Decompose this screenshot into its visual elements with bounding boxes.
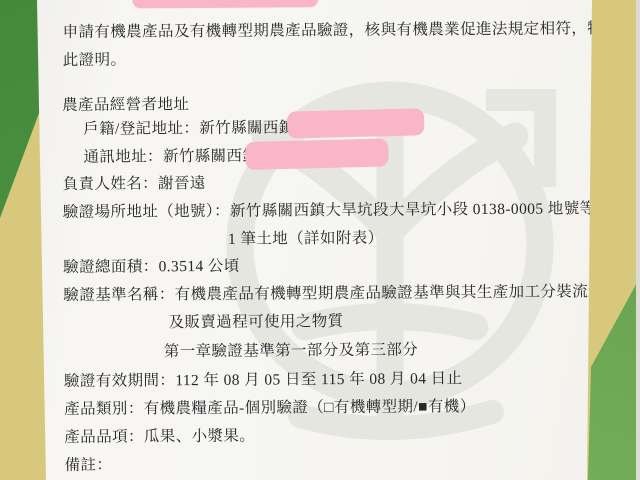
site-address-line-2: 1 筆土地（詳如附表） bbox=[228, 228, 384, 251]
certificate-paper: 申請有機農產品及有機轉型期農產品驗證，核與有機農業促進法規定相符，特 此證明。 … bbox=[0, 0, 640, 480]
redaction-box-mailing-address bbox=[245, 138, 389, 169]
redaction-box-registered-address bbox=[287, 108, 425, 138]
photo-edge-strip bbox=[636, 0, 640, 480]
intro-line-1: 申請有機農產品及有機轉型期農產品驗證，核與有機農業促進法規定相符，特 bbox=[62, 18, 603, 44]
standard-name-line-3: 第一章驗證基準第一部分及第三部分 bbox=[164, 340, 419, 364]
certificate-text: 申請有機農產品及有機轉型期農產品驗證，核與有機農業促進法規定相符，特 此證明。 … bbox=[0, 0, 640, 480]
standard-name-line-2: 及販賣過程可使用之物質 bbox=[169, 311, 344, 334]
validity-period-row: 驗證有效期間：112 年 08 月 05 日至 115 年 08 月 04 日止 bbox=[64, 368, 463, 393]
intro-line-2: 此證明。 bbox=[63, 50, 127, 72]
standard-name-line-1: 驗證基準名稱：有機農產品有機轉型期農產品驗證基準與其生產加工分裝流通 bbox=[63, 281, 604, 307]
product-items-row: 產品品項：瓜果、小漿果。 bbox=[64, 426, 255, 449]
site-address-line-1: 驗證場所地址（地號）：新竹縣關西鎮大旱坑段大旱坑小段 0138-0005 地號等 bbox=[63, 198, 596, 224]
operator-address-header: 農產品經營者地址 bbox=[62, 94, 189, 117]
responsible-person-row: 負責人姓名：謝晉遠 bbox=[63, 173, 206, 196]
mailing-address-row: 通訊地址：新竹縣關西鎮 bbox=[83, 146, 258, 169]
document-photo: 申請有機農產品及有機轉型期農產品驗證，核與有機農業促進法規定相符，特 此證明。 … bbox=[0, 0, 640, 480]
registered-address-row: 戶籍/登記地址：新竹縣關西鎮 bbox=[83, 117, 295, 140]
redaction-box-top bbox=[132, 0, 318, 8]
product-category-row: 產品類別：有機農糧產品-個別驗證（□有機轉型期/■有機） bbox=[64, 396, 476, 421]
total-area-row: 驗證總面積：0.3514 公頃 bbox=[63, 256, 240, 279]
notes-label: 備註： bbox=[65, 455, 113, 477]
